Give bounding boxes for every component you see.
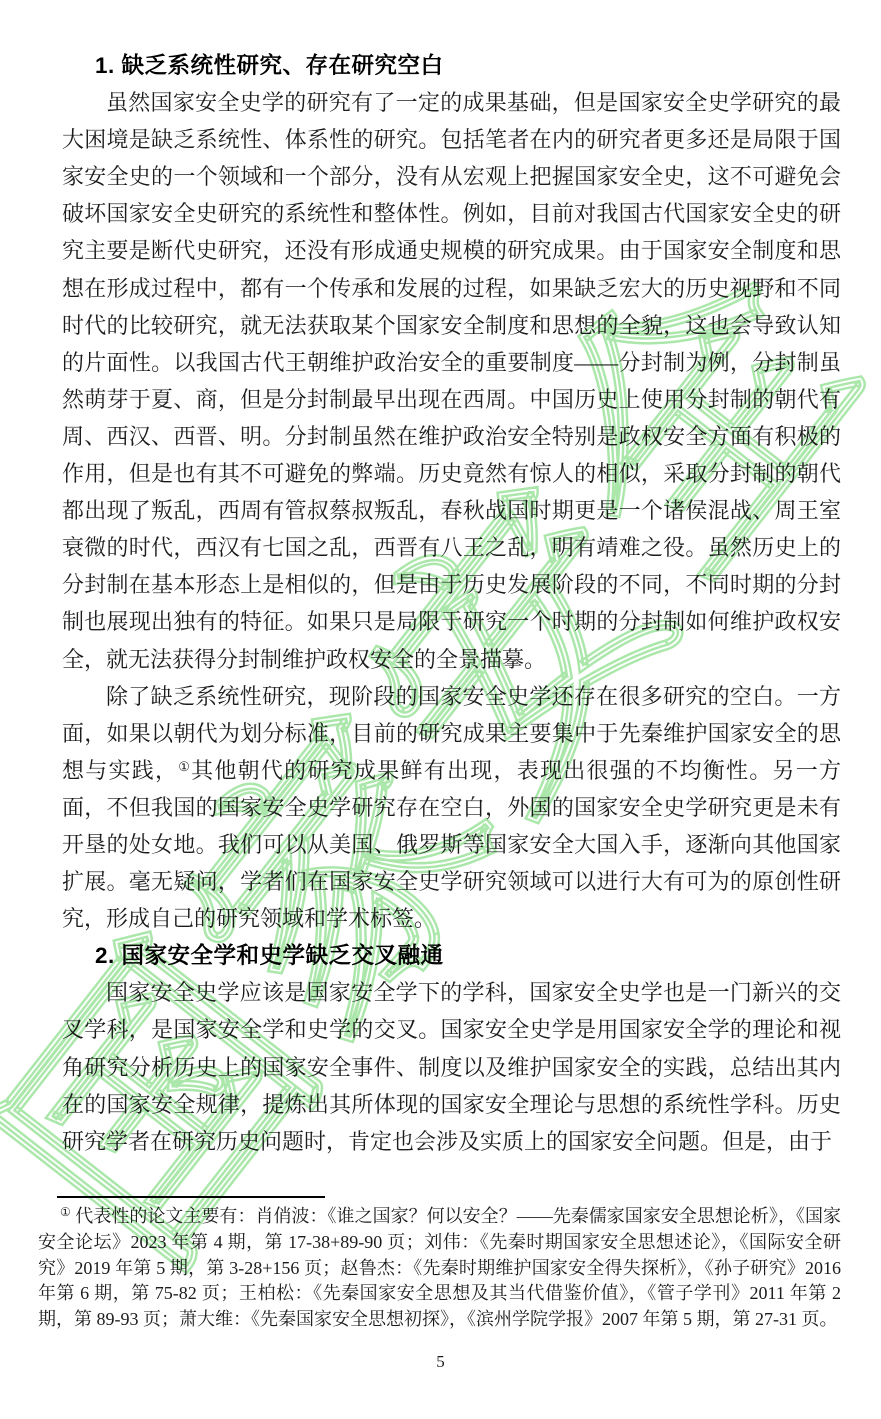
paragraph-1: 虽然国家安全史学的研究有了一定的成果基础，但是国家安全史学研究的最大困境是缺乏系… bbox=[62, 84, 841, 678]
paragraph-3: 国家安全史学应该是国家安全学下的学科，国家安全史学也是一门新兴的交叉学科，是国家… bbox=[62, 974, 841, 1159]
page-number: 5 bbox=[0, 1352, 881, 1372]
section-heading-1: 1. 缺乏系统性研究、存在研究空白 bbox=[62, 47, 841, 84]
footnote-marker: ① bbox=[60, 1205, 71, 1219]
footnote: ① 代表性的论文主要有：肖俏波：《谁之国家？何以安全？——先秦儒家国家安全思想论… bbox=[38, 1204, 841, 1333]
document-body: 1. 缺乏系统性研究、存在研究空白 虽然国家安全史学的研究有了一定的成果基础，但… bbox=[62, 47, 841, 1160]
paragraph-2: 除了缺乏系统性研究，现阶段的国家安全史学还存在很多研究的空白。一方面，如果以朝代… bbox=[62, 678, 841, 938]
footnote-reference-mark[interactable]: ① bbox=[178, 759, 191, 774]
footnote-divider bbox=[57, 1196, 325, 1198]
section-heading-2: 2. 国家安全学和史学缺乏交叉融通 bbox=[62, 937, 841, 974]
footnote-text: 代表性的论文主要有：肖俏波：《谁之国家？何以安全？——先秦儒家国家安全思想论析》… bbox=[38, 1206, 841, 1329]
paragraph-2-text-continued: 其他朝代的研究成果鲜有出现，表现出很强的不均衡性。另一方面，不但我国的国家安全史… bbox=[62, 758, 841, 931]
